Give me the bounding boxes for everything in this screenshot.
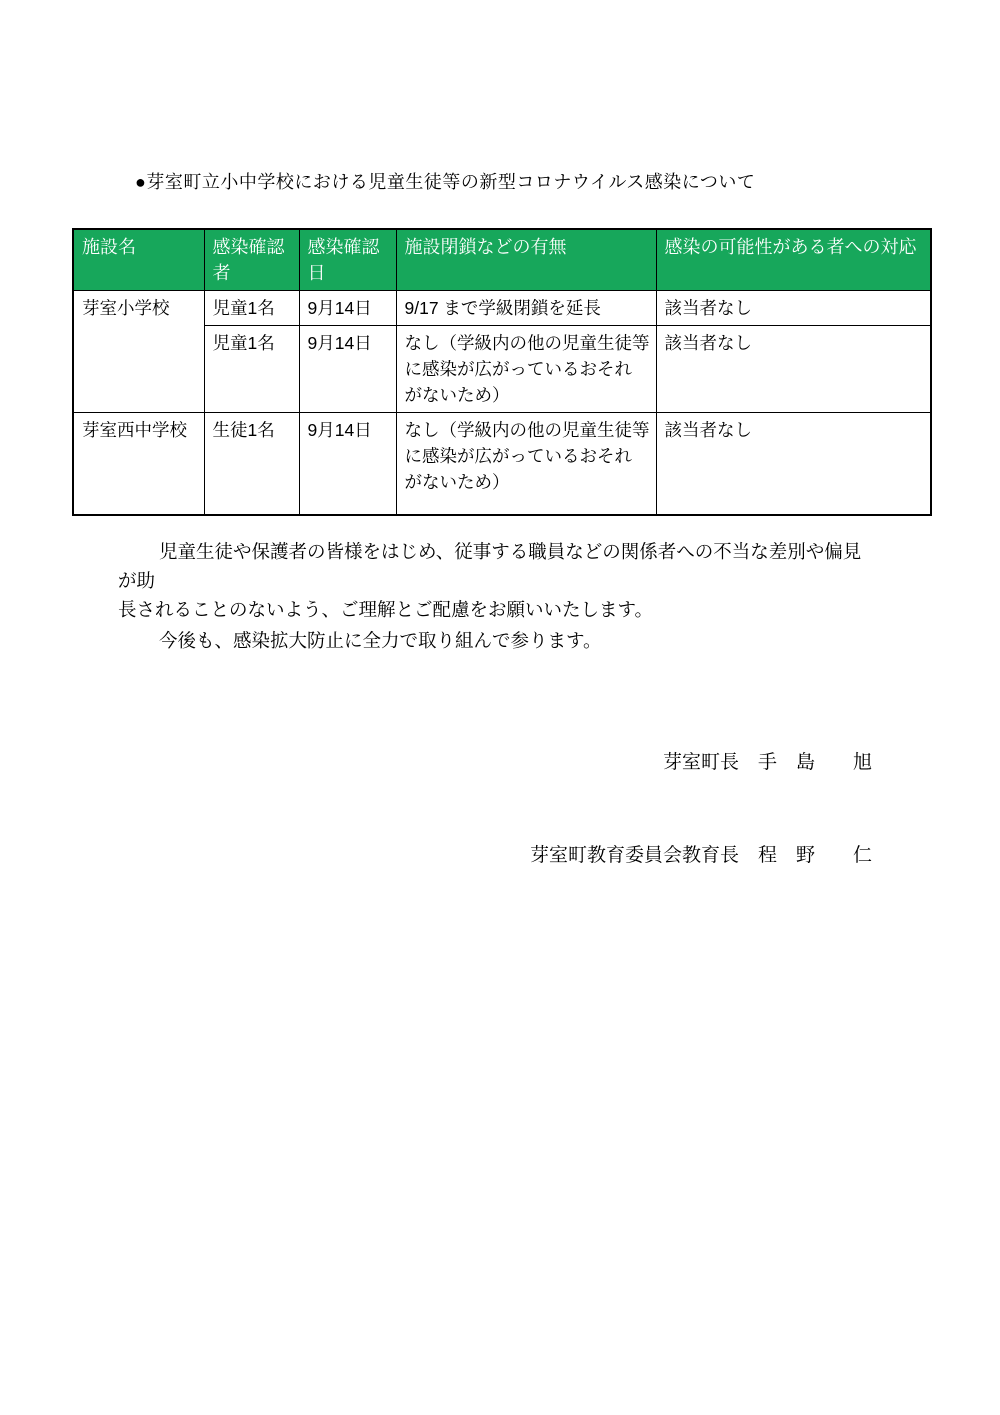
- signature-mayor: 芽室町長 手 島 旭: [530, 747, 872, 778]
- paragraph-discrimination-notice: 児童生徒や保護者の皆様をはじめ、従事する職員などの関係者への不当な差別や偏見が助…: [118, 539, 874, 626]
- header-confirmed-person: 感染確認 者: [204, 229, 299, 291]
- cell-closure-status: なし（学級内の他の児童生徒等 に感染が広がっているおそれ がないため）: [396, 326, 656, 413]
- table-row: 芽室小学校 児童1名 9月14日 9/17 まで学級閉鎖を延長 該当者なし: [73, 291, 931, 326]
- cell-confirmed-person: 児童1名: [204, 326, 299, 413]
- document-title: ●芽室町立小中学校における児童生徒等の新型コロナウイルス感染について: [135, 171, 755, 193]
- cell-confirmed-person: 生徒1名: [204, 413, 299, 515]
- cell-facility-name: 芽室小学校: [73, 291, 204, 413]
- table-row: 芽室西中学校 生徒1名 9月14日 なし（学級内の他の児童生徒等 に感染が広がっ…: [73, 413, 931, 515]
- cell-closure-status: 9/17 まで学級閉鎖を延長: [396, 291, 656, 326]
- header-facility-name: 施設名: [73, 229, 204, 291]
- cell-contact-response: 該当者なし: [656, 291, 931, 326]
- signature-superintendent: 芽室町教育委員会教育長 程 野 仁: [530, 840, 872, 871]
- header-closure-status: 施設閉鎖などの有無: [396, 229, 656, 291]
- cell-contact-response: 該当者なし: [656, 413, 931, 515]
- cell-confirmed-date: 9月14日: [299, 326, 396, 413]
- cell-closure-status: なし（学級内の他の児童生徒等 に感染が広がっているおそれ がないため）: [396, 413, 656, 515]
- signature-block: 芽室町長 手 島 旭 芽室町教育委員会教育長 程 野 仁: [530, 685, 872, 933]
- table-header-row: 施設名 感染確認 者 感染確認 日 施設閉鎖などの有無 感染の可能性がある者への…: [73, 229, 931, 291]
- cell-confirmed-person: 児童1名: [204, 291, 299, 326]
- cell-contact-response: 該当者なし: [656, 326, 931, 413]
- cell-confirmed-date: 9月14日: [299, 291, 396, 326]
- infection-status-table: 施設名 感染確認 者 感染確認 日 施設閉鎖などの有無 感染の可能性がある者への…: [72, 228, 932, 516]
- title-bullet-icon: ●: [135, 172, 146, 192]
- cell-confirmed-date: 9月14日: [299, 413, 396, 515]
- document-page: ●芽室町立小中学校における児童生徒等の新型コロナウイルス感染について 施設名 感…: [0, 0, 1000, 1415]
- cell-facility-name: 芽室西中学校: [73, 413, 204, 515]
- title-text: 芽室町立小中学校における児童生徒等の新型コロナウイルス感染について: [146, 172, 755, 192]
- header-contact-response: 感染の可能性がある者への対応: [656, 229, 931, 291]
- paragraph-prevention-commitment: 今後も、感染拡大防止に全力で取り組んで参ります。: [118, 628, 874, 657]
- header-confirmed-date: 感染確認 日: [299, 229, 396, 291]
